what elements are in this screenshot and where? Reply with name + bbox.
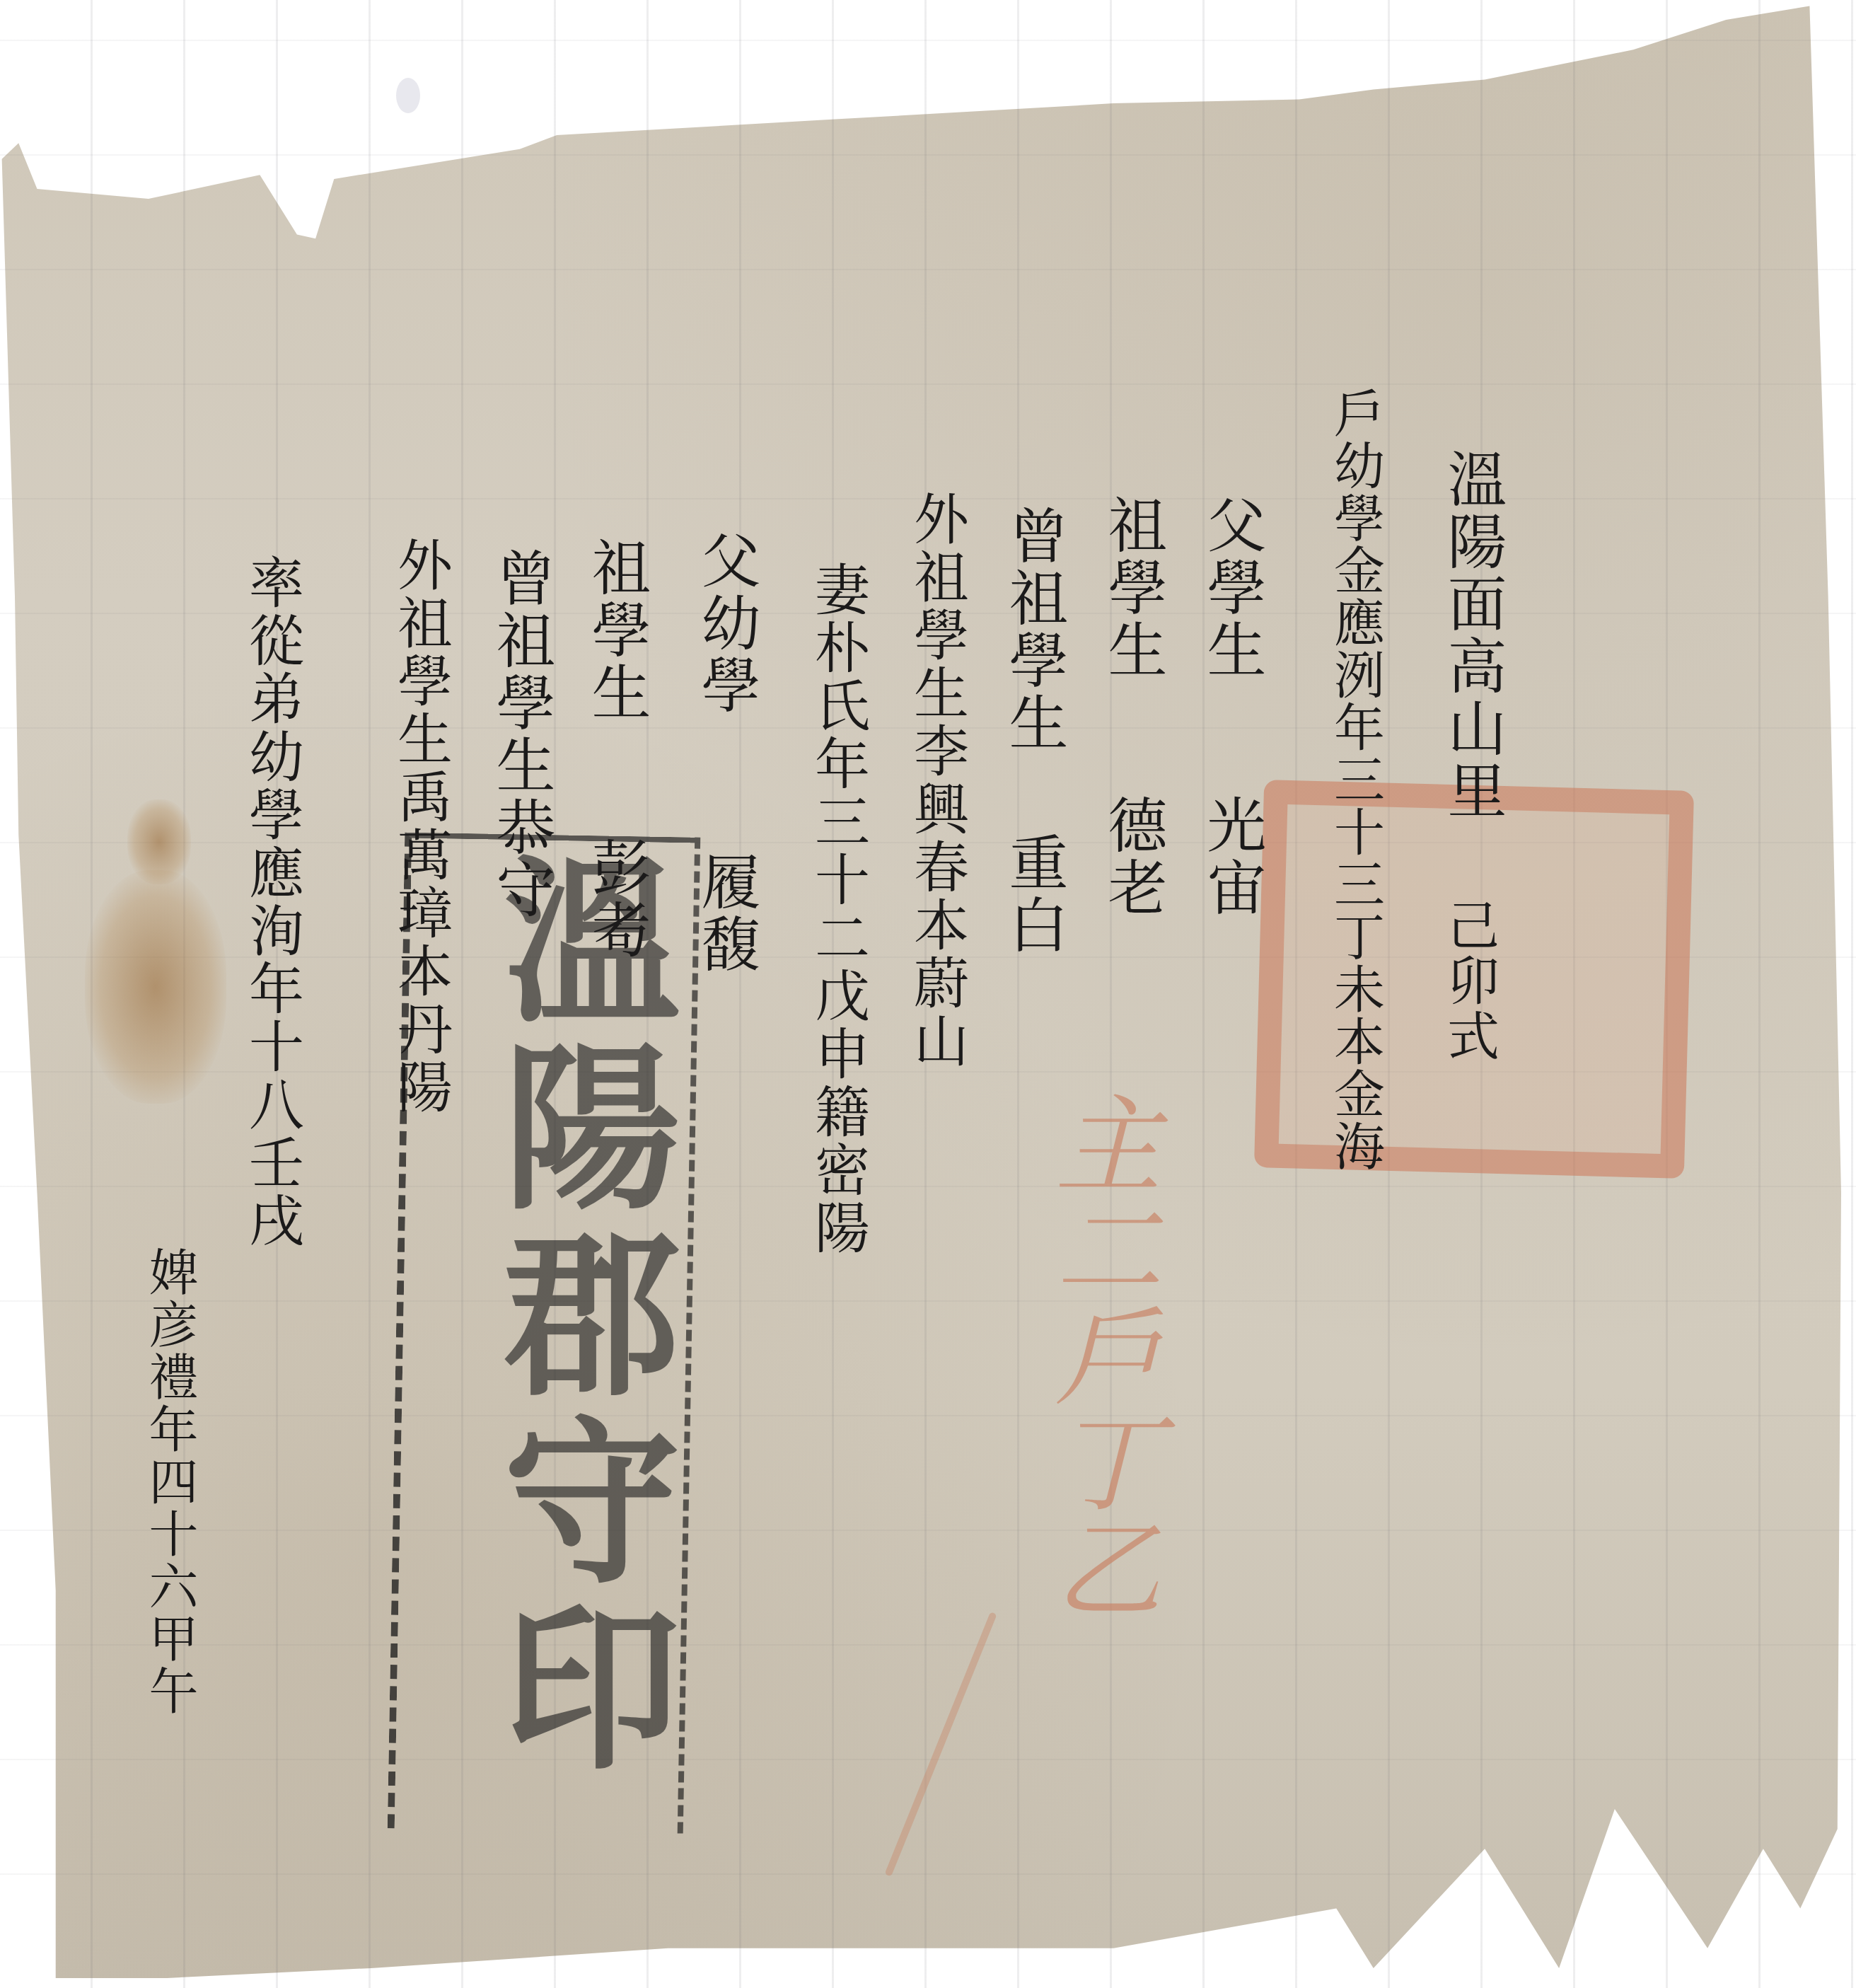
water-stain xyxy=(127,799,191,884)
column-maternal-grandfather: 外祖學生李興春本蔚山 xyxy=(909,357,1019,1070)
column-wife-great-grandfather: 曾祖學生恭守 xyxy=(492,403,610,921)
column-wife: 妻朴氏年三十二戊申籍密陽 xyxy=(810,428,920,1257)
column-head-of-household: 戶幼學金應洌年三十三丁未本金海 xyxy=(1330,265,1432,1172)
paper-hole xyxy=(396,78,420,113)
column-header-location: 溫陽面高山里 xyxy=(1443,304,1562,822)
column-cousin: 率從弟幼學應洵年十八壬戌 xyxy=(244,421,354,1250)
column-wife-maternal-grandfather: 外祖學生禹萬璋本丹陽 xyxy=(393,403,503,1116)
column-wife-father: 父幼學履馥 xyxy=(697,386,816,976)
column-servant: 婢彦禮年四十六甲午 xyxy=(145,1125,244,1718)
water-stain xyxy=(85,870,226,1104)
column-great-grandfather: 曾祖學生重白 xyxy=(1004,361,1123,957)
red-inscription: 主二戶丁乙 xyxy=(1040,1090,1156,1620)
column-header-year: 己卯式 xyxy=(1443,771,1548,1064)
